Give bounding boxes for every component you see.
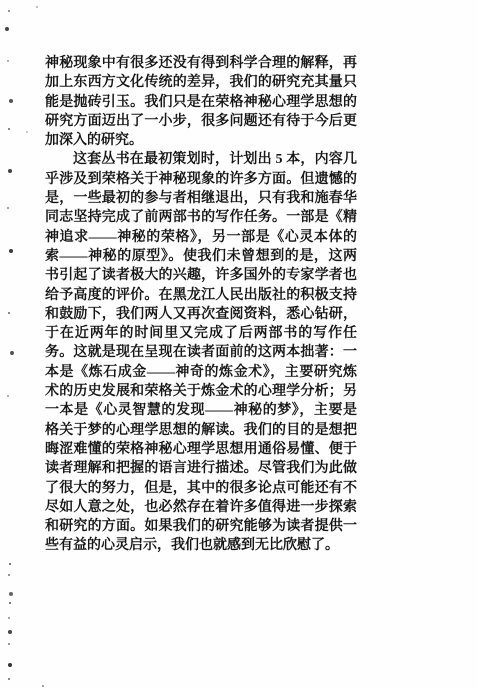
text-line: 格关于梦的心理学思想的解读。我们的目的是想把 <box>45 421 357 440</box>
text-line: 些有益的心灵启示，我们也就感到无比欣慰了。 <box>45 536 357 555</box>
text-line: 是，一些最初的参与者相继退出，只有我和施春华 <box>45 189 357 208</box>
text-line: 同志坚持完成了前两部书的写作任务。一部是《精 <box>45 208 357 227</box>
text-line: 这套丛书在最初策划时，计划出 5 本，内容几 <box>45 150 357 169</box>
text-line: 务。这就是现在呈现在读者面前的这两本拙著：一 <box>45 343 357 362</box>
text-line: 乎涉及到荣格关于神秘现象的许多方面。但遗憾的 <box>45 170 357 189</box>
body-text: 神秘现象中有很多还没有得到科学合理的解释，再加上东西方文化传统的差异，我们的研究… <box>45 54 357 556</box>
text-line: 本是《炼石成金——神奇的炼金术》，主要研究炼金 <box>45 363 357 382</box>
text-line: 研究方面迈出了一小步，很多问题还有待于今后更 <box>45 112 357 131</box>
text-line: 尽如人意之处，也必然存在着许多值得进一步探索 <box>45 498 357 517</box>
text-line: 书引起了读者极大的兴趣，许多国外的专家学者也 <box>45 266 357 285</box>
text-line: 术的历史发展和荣格关于炼金术的心理学分析；另 <box>45 382 357 401</box>
text-line: 给予高度的评价。在黑龙江人民出版社的积极支持 <box>45 286 357 305</box>
text-line: 加深入的研究。 <box>45 131 357 150</box>
text-line: 神追求——神秘的荣格》，另一部是《心灵本体的探 <box>45 228 357 247</box>
text-line: 晦涩难懂的荣格神秘心理学思想用通俗易懂、便于 <box>45 440 357 459</box>
text-line: 于在近两年的时间里又完成了后两部书的写作任 <box>45 324 357 343</box>
text-line: 一本是《心灵智慧的发现——神秘的梦》，主要是荣 <box>45 401 357 420</box>
paragraph: 神秘现象中有很多还没有得到科学合理的解释，再加上东西方文化传统的差异，我们的研究… <box>45 54 357 150</box>
paragraph: 这套丛书在最初策划时，计划出 5 本，内容几乎涉及到荣格关于神秘现象的许多方面。… <box>45 150 357 555</box>
text-line: 加上东西方文化传统的差异，我们的研究充其量只 <box>45 73 357 92</box>
book-page: 神秘现象中有很多还没有得到科学合理的解释，再加上东西方文化传统的差异，我们的研究… <box>0 0 478 688</box>
text-line: 索——神秘的原型》。使我们未曾想到的是，这两本 <box>45 247 357 266</box>
scan-noise-artifacts <box>0 0 2 2</box>
text-line: 和鼓励下，我们两人又再次查阅资料，悉心钻研，终 <box>45 305 357 324</box>
text-line: 读者理解和把握的语言进行描述。尽管我们为此做 <box>45 459 357 478</box>
text-line: 能是抛砖引玉。我们只是在荣格神秘心理学思想的 <box>45 93 357 112</box>
text-line: 和研究的方面。如果我们的研究能够为读者提供一 <box>45 517 357 536</box>
text-line: 了很大的努力，但是，其中的很多论点可能还有不 <box>45 479 357 498</box>
text-line: 神秘现象中有很多还没有得到科学合理的解释，再 <box>45 54 357 73</box>
